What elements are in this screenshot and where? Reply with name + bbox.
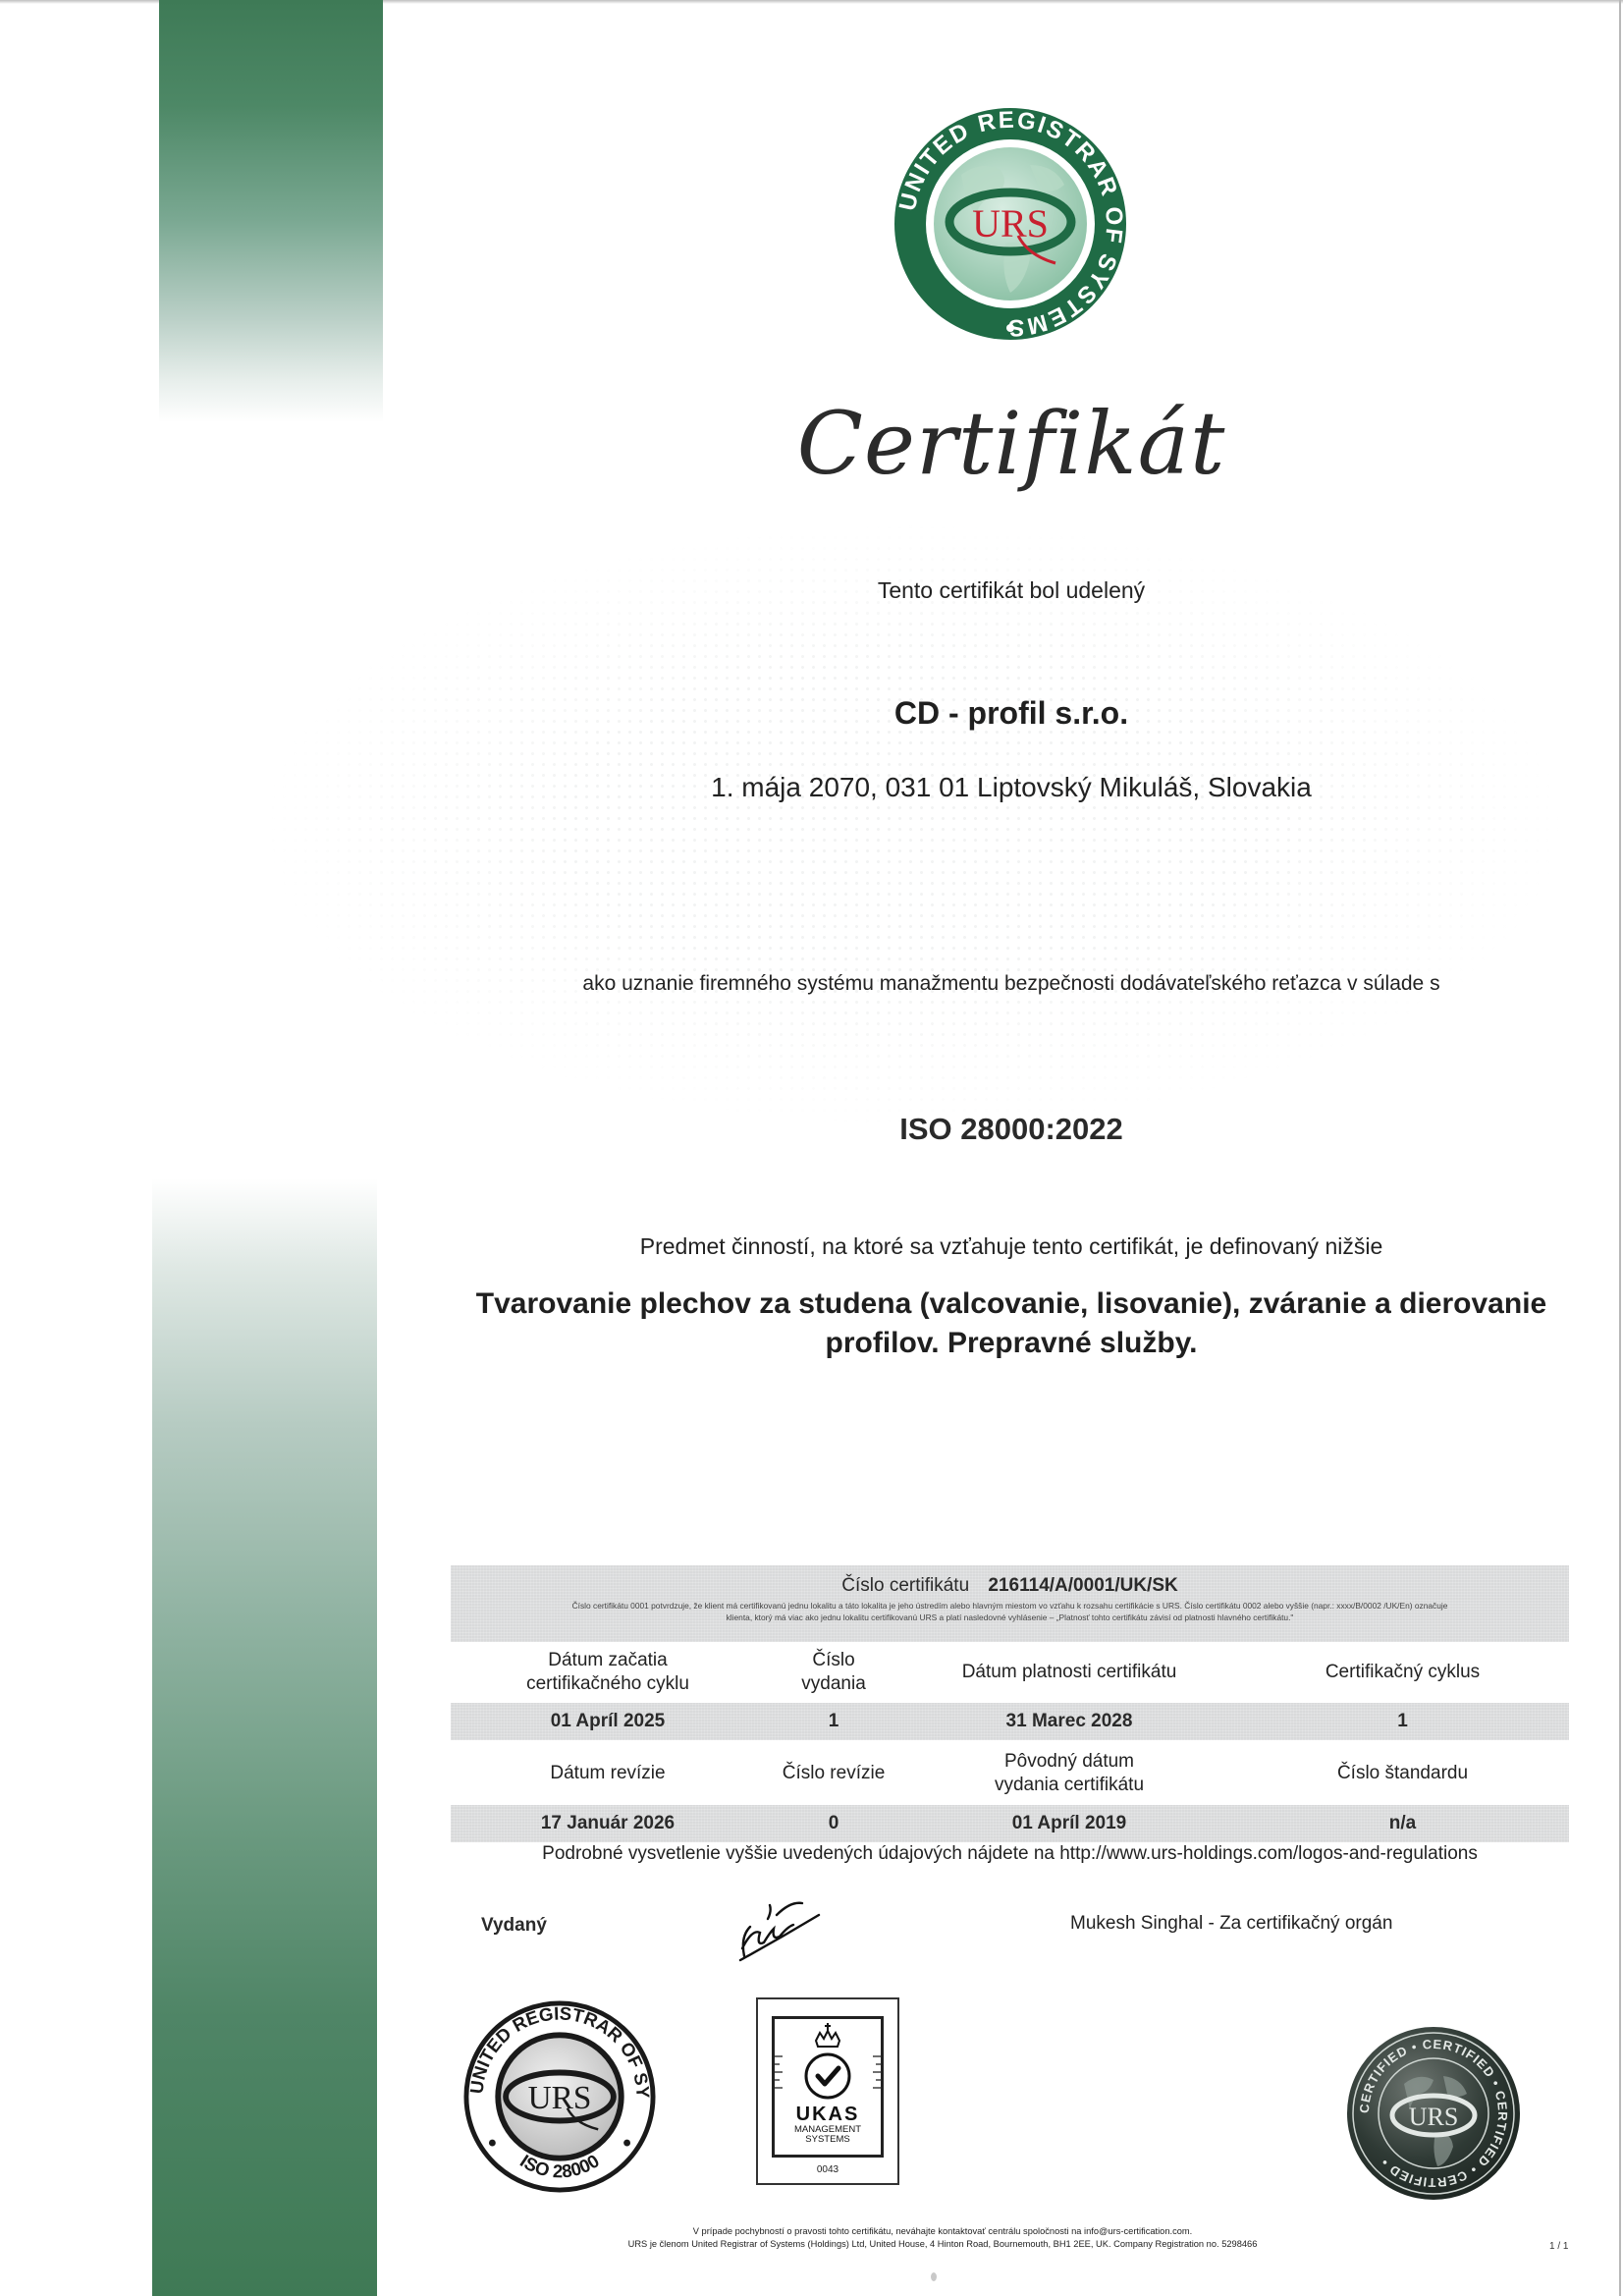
scan-right-edge	[1619, 0, 1621, 2296]
ukas-accreditation-code: 0043	[758, 2164, 897, 2175]
details-link-text: Podrobné vysvetlenie vyššie uvedených úd…	[451, 1843, 1569, 1865]
value-revision-date: 17 Január 2026	[451, 1805, 765, 1842]
awarded-to-text: Tento certifikát bol udelený	[452, 577, 1571, 604]
value-expiry-date: 31 Marec 2028	[902, 1703, 1236, 1740]
svg-text:URS: URS	[1409, 2103, 1459, 2131]
scan-mark	[931, 2272, 937, 2281]
label-cycle-start: Dátum začatia certifikačného cyklu	[451, 1642, 765, 1703]
page-number: 1 / 1	[1549, 2241, 1568, 2252]
recognition-text: ako uznanie firemného systému manažmentu…	[452, 972, 1571, 996]
company-address: 1. mája 2070, 031 01 Liptovský Mikuláš, …	[452, 772, 1571, 803]
green-band-bottom	[152, 1178, 377, 2296]
label-original-issue-date: Pôvodný dátum vydania certifikátu	[902, 1742, 1236, 1805]
urs-certified-silver-seal-icon: CERTIFIED • CERTIFIED • CERTIFIED • CERT…	[1345, 2025, 1522, 2202]
scope-line-1: Tvarovanie plechov za studena (valcovani…	[461, 1285, 1561, 1324]
certificate-number-header: Číslo certifikátu 216114/A/0001/UK/SK Čí…	[451, 1565, 1569, 1642]
signature-icon	[723, 1887, 850, 1966]
world-map-watermark	[236, 511, 1591, 1139]
company-name: CD - profil s.r.o.	[452, 695, 1571, 732]
value-standard-number: n/a	[1236, 1805, 1569, 1842]
ukas-subtitle: MANAGEMENT SYSTEMS	[775, 2125, 881, 2145]
label-expiry-date: Dátum platnosti certifikátu	[902, 1642, 1236, 1703]
table-row: 01 Apríl 2025 1 31 Marec 2028 1	[451, 1703, 1569, 1740]
label-revision-number: Číslo revízie	[765, 1742, 902, 1805]
table-row: Dátum začatia certifikačného cyklu Číslo…	[451, 1642, 1569, 1703]
issued-label: Vydaný	[481, 1915, 547, 1937]
scope-text: Tvarovanie plechov za studena (valcovani…	[461, 1285, 1561, 1363]
label-revision-date: Dátum revízie	[451, 1742, 765, 1805]
table-row: Dátum revízie Číslo revízie Pôvodný dátu…	[451, 1742, 1569, 1805]
green-band-top	[159, 0, 383, 422]
ukas-crown-check-icon	[775, 2019, 881, 2104]
certificate-title: Certifikát	[452, 393, 1571, 494]
scope-line-2: profilov. Prepravné služby.	[461, 1324, 1561, 1363]
label-standard-number: Číslo štandardu	[1236, 1742, 1569, 1805]
urs-iso-28000-seal-icon: UNITED REGISTRAR OF SYSTEMS ISO 28000 UR…	[463, 2000, 656, 2193]
table-row: 17 Január 2026 0 01 Apríl 2019 n/a	[451, 1805, 1569, 1842]
ukas-wordmark: UKAS	[775, 2104, 881, 2126]
value-original-issue-date: 01 Apríl 2019	[902, 1805, 1236, 1842]
ukas-badge: UKAS MANAGEMENT SYSTEMS 0043	[756, 1997, 899, 2185]
footer-contact-line: V prípade pochybností o pravosti tohto c…	[452, 2225, 1434, 2238]
footer: V prípade pochybností o pravosti tohto c…	[452, 2225, 1434, 2251]
svg-text:URS: URS	[528, 2080, 592, 2116]
certificate-number-label: Číslo certifikátu	[841, 1575, 969, 1596]
urs-globe-logo-icon: UNITED REGISTRAR OF SYSTEMS URS	[893, 106, 1128, 342]
certificate-page: UNITED REGISTRAR OF SYSTEMS URS Certifik…	[0, 0, 1623, 2296]
certificate-number: 216114/A/0001/UK/SK	[988, 1575, 1177, 1596]
scope-intro: Predmet činností, na ktoré sa vzťahuje t…	[452, 1233, 1571, 1260]
label-issue-number: Číslo vydania	[765, 1642, 902, 1703]
signatory-name: Mukesh Singhal - Za certifikačný orgán	[1070, 1913, 1392, 1935]
svg-text:URS: URS	[972, 201, 1049, 246]
certificate-details-table: Číslo certifikátu 216114/A/0001/UK/SK Čí…	[451, 1565, 1569, 1842]
standard-name: ISO 28000:2022	[452, 1112, 1571, 1147]
value-cycle-start: 01 Apríl 2025	[451, 1703, 765, 1740]
footer-company-line: URS je členom United Registrar of System…	[452, 2238, 1434, 2251]
value-cert-cycle: 1	[1236, 1703, 1569, 1740]
certificate-number-note: Číslo certifikátu 0001 potvrdzuje, že kl…	[451, 1600, 1569, 1623]
value-revision-number: 0	[765, 1805, 902, 1842]
label-cert-cycle: Certifikačný cyklus	[1236, 1642, 1569, 1703]
value-issue-number: 1	[765, 1703, 902, 1740]
